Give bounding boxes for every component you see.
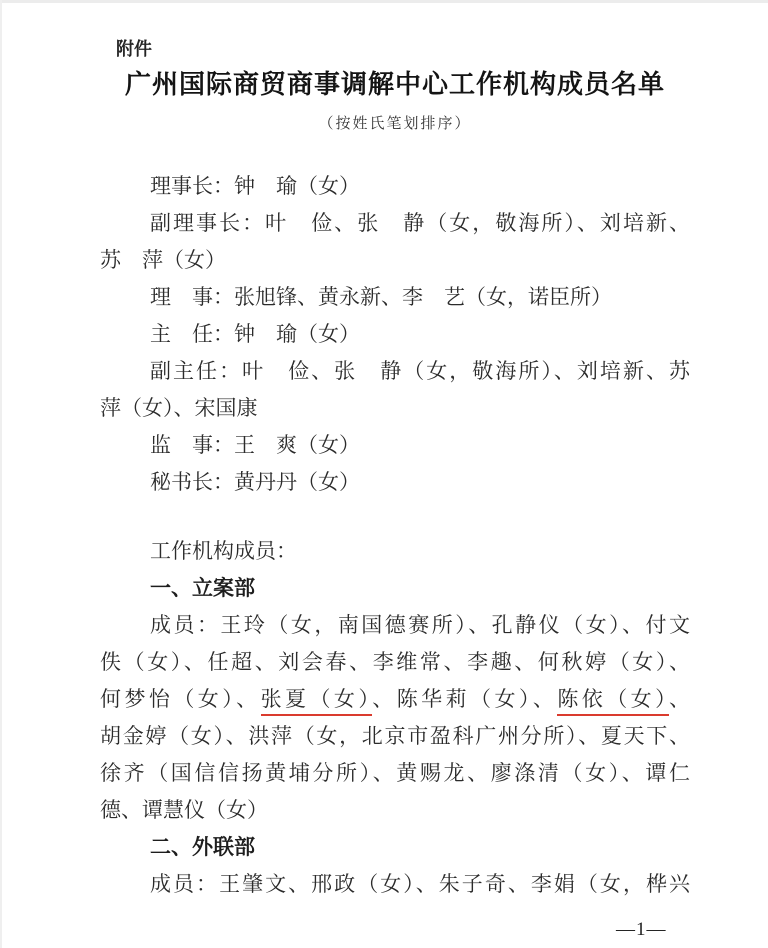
section-heading-liaison-dept: 二、外联部 — [100, 829, 690, 866]
liaison-dept-member-line-1: 成员：王肇文、邢政（女）、朱子奇、李娟（女，桦兴 — [100, 866, 690, 903]
filing-dept-member-line-2: 佚（女）、任超、刘会春、李维常、李趣、何秋婷（女）、 — [100, 644, 690, 681]
filing-dept-member-line-3: 何梦怡（女）、张夏（女）、陈华莉（女）、陈依（女）、 — [100, 681, 690, 718]
filing-dept-member-line-6: 德、谭慧仪（女） — [100, 792, 690, 829]
staff-roster-heading: 工作机构成员： — [100, 533, 690, 570]
member-names-segment: 何梦怡（女）、 — [100, 687, 261, 711]
council-officer-list: 理事长：钟 瑜（女） 副理事长：叶 俭、张 静（女，敬海所）、刘培新、 苏 萍（… — [100, 168, 690, 501]
council-line-directors: 理 事：张旭锋、黄永新、李 艺（女，诺臣所） — [100, 279, 690, 316]
section-heading-filing-dept: 一、立案部 — [100, 570, 690, 607]
council-line-chief: 主 任：钟 瑜（女） — [100, 316, 690, 353]
member-names-segment: 、陈华莉（女）、 — [372, 687, 557, 711]
filing-dept-member-line-4: 胡金婷（女）、洪萍（女，北京市盈科广州分所）、夏天下、 — [100, 718, 690, 755]
staff-roster: 工作机构成员： 一、立案部 成员：王玲（女，南国德赛所）、孔静仪（女）、付文 佚… — [100, 533, 690, 903]
document-subtitle: （按姓氏笔划排序） — [100, 113, 690, 135]
attachment-label: 附件 — [116, 38, 690, 60]
red-underlined-name-chenyi: 陈依（女） — [557, 687, 669, 716]
filing-dept-member-line-5: 徐齐（国信信扬黄埔分所）、黄赐龙、廖涤清（女）、谭仁 — [100, 755, 690, 792]
page-left-edge — [0, 0, 2, 948]
council-line-vice-chief-2: 萍（女）、宋国康 — [100, 390, 690, 427]
council-line-supervisor: 监 事：王 爽（女） — [100, 427, 690, 464]
document-content: 附件 广州国际商贸商事调解中心工作机构成员名单 （按姓氏笔划排序） 理事长：钟 … — [100, 0, 690, 903]
council-line-chairman: 理事长：钟 瑜（女） — [100, 168, 690, 205]
council-line-secretary-general: 秘书长：黄丹丹（女） — [100, 464, 690, 501]
page-number: —1— — [616, 918, 667, 942]
document-title: 广州国际商贸商事调解中心工作机构成员名单 — [100, 68, 690, 102]
member-names-segment: 、 — [669, 687, 690, 711]
council-line-vice-chairman-1: 副理事长：叶 俭、张 静（女，敬海所）、刘培新、 — [100, 205, 690, 242]
red-underlined-name-zhangxia: 张夏（女） — [261, 687, 373, 716]
council-line-vice-chief-1: 副主任：叶 俭、张 静（女，敬海所）、刘培新、苏 — [100, 353, 690, 390]
filing-dept-member-line-1: 成员：王玲（女，南国德赛所）、孔静仪（女）、付文 — [100, 607, 690, 644]
council-line-vice-chairman-2: 苏 萍（女） — [100, 242, 690, 279]
